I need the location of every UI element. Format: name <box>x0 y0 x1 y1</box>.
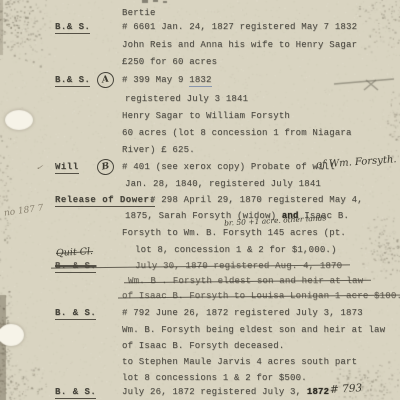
scanned-document-page: BertieB.& S.# 6601 Jan. 24, 1827 registe… <box>0 0 400 400</box>
overstruck-word: 1872 <box>307 387 329 397</box>
typed-line: of Isaac B. Forsyth to Louisa Lonigan 1 … <box>122 291 400 303</box>
typed-line: Bertie <box>122 8 156 20</box>
typed-text: to Stephen Maule Jarvis 4 acres south pa… <box>122 357 357 367</box>
typed-line: Jan. 28, 1840, registered July 1841 <box>125 179 321 191</box>
typed-text: Forsyth to Wm. B. Forsyth 145 acres (pt. <box>122 228 346 238</box>
handwritten-instrument-number-note: # 793 <box>330 383 363 395</box>
typed-text: # 6601 Jan. 24, 1827 registered May 7 18… <box>122 22 357 32</box>
typed-line: # 298 April 29, 1870 registered May 4, <box>150 195 363 207</box>
typed-text: July 26, 1872 registered July 3, <box>122 387 307 397</box>
typed-text: registered July 3 1841 <box>125 94 248 104</box>
entry-label: B. & S. <box>55 387 96 399</box>
handwritten-struck-quit-claim-note: Quit Cl. <box>56 247 94 258</box>
typed-line: lot 8, concession 1 & 2 for $1,000.) <box>135 245 337 257</box>
typed-line: Wm. B . Forsyth eldest son and heir at l… <box>128 276 363 288</box>
typed-line: # 401 (see xerox copy) Probate of will <box>122 162 335 174</box>
typed-line: Henry Sagar to William Forsyth <box>122 111 290 123</box>
circled-letter-badge: A <box>96 71 116 90</box>
typed-text: # 792 June 26, 1872 registered July 3, 1… <box>122 308 363 318</box>
typed-text: # 401 (see xerox copy) Probate of will <box>122 162 335 172</box>
typed-line: Wm. B. Forsyth being eldest son and heir… <box>122 325 385 337</box>
handwritten-probate-of-will-name: of Wm. Forsyth. <box>316 155 397 171</box>
typed-text: £250 for 60 acres <box>122 57 217 67</box>
typed-line: to Stephen Maule Jarvis 4 acres south pa… <box>122 357 357 369</box>
typed-text: July 30, 1870 registered Aug. 4, 1870 <box>135 261 342 271</box>
typed-text: Bertie <box>122 8 156 18</box>
entry-label: B. & S. <box>55 308 96 320</box>
typed-line: of Isaac B. Forsyth deceased. <box>122 341 284 353</box>
typed-text: of Isaac B. Forsyth to Louisa Lonigan 1 … <box>122 291 400 301</box>
handwritten-pencil-checkmark: ✓ <box>35 164 43 173</box>
typed-text: Henry Sagar to William Forsyth <box>122 111 290 121</box>
circled-letter-badge: B <box>96 158 116 177</box>
typed-text: lot 8, concession 1 & 2 for $1,000.) <box>135 245 337 255</box>
typed-text: Jan. 28, 1840, registered July 1841 <box>125 179 321 189</box>
typed-line: July 30, 1870 registered Aug. 4, 1870 <box>135 261 342 273</box>
entry-label: B.& S. <box>55 22 90 34</box>
typed-line: Forsyth to Wm. B. Forsyth 145 acres (pt. <box>122 228 346 240</box>
typed-text: # 399 May 9 <box>122 75 189 85</box>
typed-line: July 26, 1872 registered July 3, 1872 <box>122 387 329 399</box>
document-text-layer: BertieB.& S.# 6601 Jan. 24, 1827 registe… <box>0 0 400 400</box>
typed-text: Wm. B . Forsyth eldest son and heir at l… <box>128 276 363 286</box>
typed-text: River) £ 625. <box>122 145 195 155</box>
typed-text: lot 8 concessions 1 & 2 for $500. <box>122 373 307 383</box>
typed-line: # 6601 Jan. 24, 1827 registered May 7 18… <box>122 22 357 34</box>
underlined-date: 1832 <box>189 75 211 87</box>
handwritten-margin-note: no 187 7 <box>4 204 45 218</box>
typed-line: John Reis and Anna his wife to Henry Sag… <box>122 40 357 52</box>
typed-line: # 399 May 9 1832 <box>122 75 212 87</box>
entry-label: Release of Dower: <box>55 195 155 207</box>
entry-label: Will <box>55 162 79 174</box>
typed-text: Wm. B. Forsyth being eldest son and heir… <box>122 325 385 335</box>
entry-label: B.& S. <box>55 75 90 87</box>
typed-line: River) £ 625. <box>122 145 195 157</box>
typed-line: # 792 June 26, 1872 registered July 3, 1… <box>122 308 363 320</box>
typed-line: 60 acres (lot 8 concession 1 from Niagar… <box>122 128 352 140</box>
typed-text: of Isaac B. Forsyth deceased. <box>122 341 284 351</box>
typed-line: lot 8 concessions 1 & 2 for $500. <box>122 373 307 385</box>
typed-text: # 298 April 29, 1870 registered May 4, <box>150 195 363 205</box>
typed-line: registered July 3 1841 <box>125 94 248 106</box>
typed-text: 60 acres (lot 8 concession 1 from Niagar… <box>122 128 352 138</box>
typed-text: John Reis and Anna his wife to Henry Sag… <box>122 40 357 50</box>
typed-line: £250 for 60 acres <box>122 57 217 69</box>
